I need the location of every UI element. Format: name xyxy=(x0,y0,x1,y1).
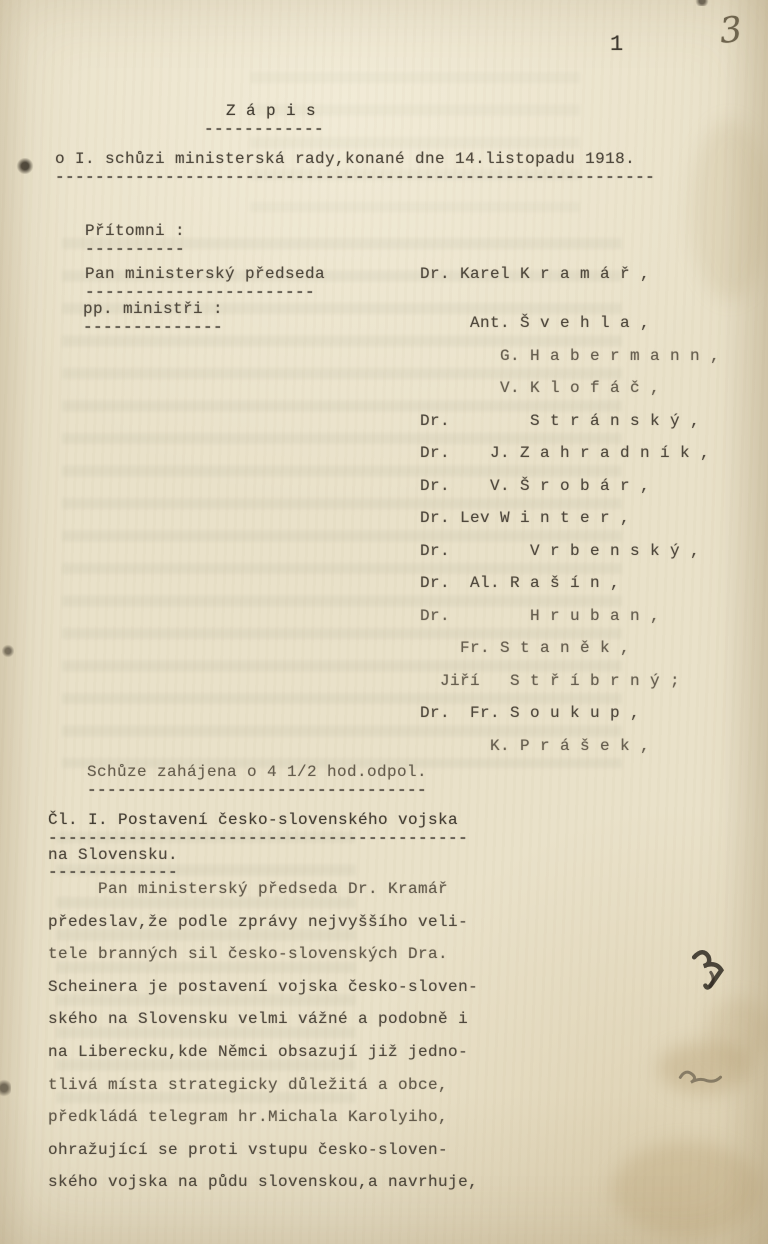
body-paragraph: Pan ministerský předseda Dr. Kramář před… xyxy=(48,880,478,1206)
body-line: ského na Slovensku velmi vážné a podobně… xyxy=(48,1010,478,1043)
minister-row: Dr. V r b e n s k ý , xyxy=(420,542,720,575)
chairman-name: Dr. Karel K r a m á ř , xyxy=(420,264,650,284)
typed-page-number: 1 xyxy=(610,32,623,57)
doc-subtitle: o I. schůzi ministerská rady,konané dne … xyxy=(55,149,635,169)
minister-row: K. P r á š e k , xyxy=(420,737,720,770)
minister-row: G. H a b e r m a n n , xyxy=(420,347,720,380)
binding-mark xyxy=(2,644,14,658)
session-opening-underline: ---------------------------------- xyxy=(87,780,427,800)
session-opening: Schůze zahájena o 4 1/2 hod.odpol. xyxy=(87,762,427,782)
binding-mark xyxy=(0,1078,11,1098)
ink-smudge xyxy=(670,1052,735,1094)
body-line: předeslav,že podle zprávy nejvyššího vel… xyxy=(48,913,478,946)
body-line: ského vojska na půdu slovenskou,a navrhu… xyxy=(48,1173,478,1206)
present-label: Přítomni : xyxy=(85,221,185,241)
minister-row: Jiří S t ř í b r n ý ; xyxy=(420,672,720,705)
minister-row: Dr. Al. R a š í n , xyxy=(420,574,720,607)
minister-row: Dr. J. Z a h r a d n í k , xyxy=(420,444,720,477)
paper-stain xyxy=(706,998,768,1064)
paper-stain xyxy=(690,120,768,300)
ministers-underline: -------------- xyxy=(83,317,223,337)
minister-row: Dr. S t r á n s k ý , xyxy=(420,412,720,445)
ministers-list: Ant. Š v e h l a , G. H a b e r m a n n … xyxy=(420,314,720,769)
body-line: předkládá telegram hr.Michala Karolyiho, xyxy=(48,1108,478,1141)
body-line: tlivá místa strategicky důležitá a obce, xyxy=(48,1076,478,1109)
paper-stain xyxy=(658,1042,753,1094)
body-line: tele branných sil česko-slovenských Dra. xyxy=(48,945,478,978)
ink-smudge xyxy=(681,938,736,1003)
minister-row: V. K l o f á č , xyxy=(420,379,720,412)
minister-row: Dr. Fr. S o u k u p , xyxy=(420,704,720,737)
doc-title-underline: ------------ xyxy=(204,119,324,139)
bleedthrough-text-top xyxy=(250,72,580,212)
article-heading-line2-underline: ------------- xyxy=(48,862,178,882)
minister-row: Dr. V. Š r o b á r , xyxy=(420,477,720,510)
binding-mark xyxy=(16,158,34,174)
body-line: ohražující se proti vstupu česko-sloven- xyxy=(48,1141,478,1174)
body-line: na Liberecku,kde Němci obsazují již jedn… xyxy=(48,1043,478,1076)
minister-row: Ant. Š v e h l a , xyxy=(420,314,720,347)
handwritten-page-number: 3 xyxy=(718,8,762,56)
edge-mark xyxy=(694,0,710,6)
body-line: Pan ministerský předseda Dr. Kramář xyxy=(48,880,478,913)
doc-title: Z á p i s xyxy=(226,101,316,121)
doc-subtitle-underline: ----------------------------------------… xyxy=(55,167,655,187)
article-heading: Čl. I. Postavení česko-slovenského vojsk… xyxy=(48,810,458,830)
present-underline: ---------- xyxy=(85,239,185,259)
minister-row: Fr. S t a n ě k , xyxy=(420,639,720,672)
minister-row: Dr. H r u b a n , xyxy=(420,607,720,640)
minister-row: Dr. Lev W i n t e r , xyxy=(420,509,720,542)
paper-stain xyxy=(612,1142,762,1237)
document-page: 3 1 Z á p i s ------------ o I. schůzi m… xyxy=(0,0,768,1244)
chairman-label: Pan ministerský předseda xyxy=(85,264,325,284)
body-line: Scheinera je postavení vojska česko-slov… xyxy=(48,978,478,1011)
ministers-label: pp. ministři : xyxy=(83,299,223,319)
